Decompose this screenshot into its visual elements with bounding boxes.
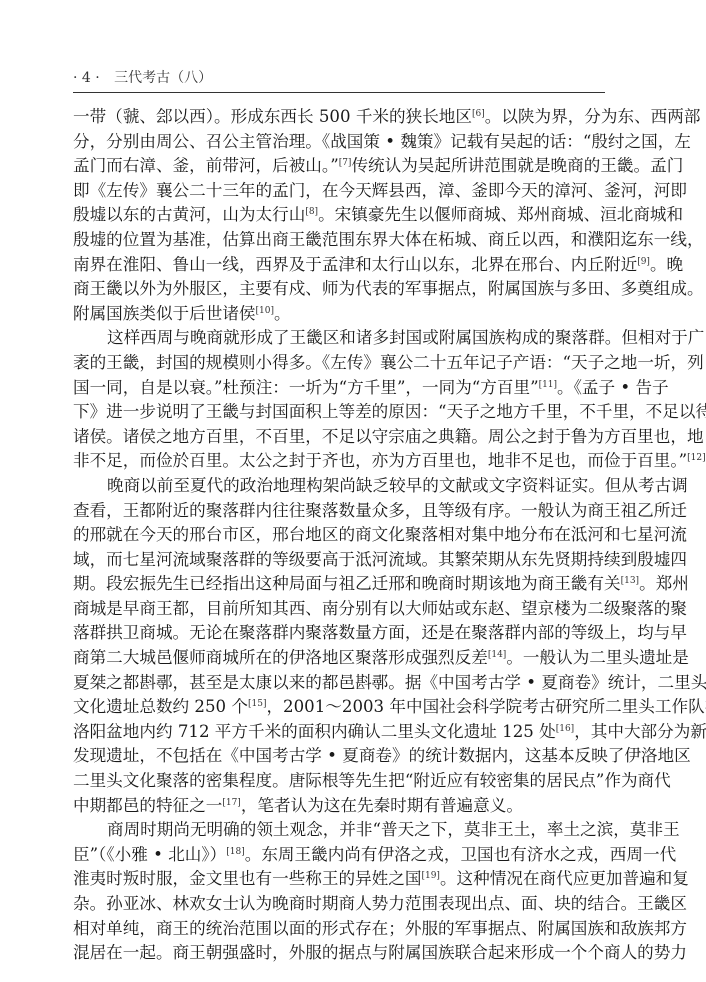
text-line: 孟门而右漳、釜，前带河，后被山。”[7]传统认为吴起所讲范围就是晚商的王畿。孟门 <box>73 154 605 179</box>
line-text-after-ref: 。这种情况在商代应更加普遍和复 <box>440 869 689 888</box>
line-text: 一带（虢、郐以西）。形成东西长 500 千米的狭长地区 <box>73 107 472 126</box>
text-line: 国一同，自是以衰。”杜预注：一圻为“方千里”，一同为“方百里”[11]。《孟子 … <box>73 376 605 401</box>
text-line: 晚商以前至夏代的政治地理构架尚缺乏较早的文献或文字资料证实。但从考古调 <box>73 474 605 499</box>
text-line: 即《左传》襄公二十三年的孟门，在今天辉县西，漳、釜即今天的漳河、釜河，河即 <box>73 179 605 204</box>
text-line: 淮夷时叛时服，金文里也有一些称王的异姓之国[19]。这种情况在商代应更加普遍和复 <box>73 867 605 892</box>
line-text: 商周时期尚无明确的领土观念，并非“普天之下，莫非王土，率土之滨，莫非王 <box>107 820 680 839</box>
line-text-after-ref: ，其中大部分为新 <box>574 722 706 741</box>
citation-ref: [12] <box>687 453 705 463</box>
citation-ref: [18] <box>226 847 244 857</box>
citation-ref: [6] <box>472 109 485 119</box>
line-text: 孟门而右漳、釜，前带河，后被山。” <box>73 156 339 175</box>
text-line: 一带（虢、郐以西）。形成东西长 500 千米的狭长地区[6]。以陕为界，分为东、… <box>73 105 605 130</box>
line-text: 域，而七星河流域聚落群的等级要高于泜河流域。其繁荣期从东先贤期持续到殷墟四 <box>73 550 687 569</box>
text-line: 夏桀之都斟鄩，甚至是太康以来的都邑斟鄩。据《中国考古学 • 夏商卷》统计，二里头 <box>73 671 605 696</box>
citation-ref: [13] <box>621 576 639 586</box>
text-line: 域，而七星河流域聚落群的等级要高于泜河流域。其繁荣期从东先贤期持续到殷墟四 <box>73 548 605 573</box>
text-line: 商城是早商王都，目前所知其西、南分别有以大师姑或东赵、望京楼为二级聚落的聚 <box>73 597 605 622</box>
line-text-after-ref: 。宋镇豪先生以偃师商城、郑州商城、洹北商城和 <box>318 205 683 224</box>
paragraph-p1: 一带（虢、郐以西）。形成东西长 500 千米的狭长地区[6]。以陕为界，分为东、… <box>73 105 605 326</box>
text-line: 商周时期尚无明确的领土观念，并非“普天之下，莫非王土，率土之滨，莫非王 <box>73 818 605 843</box>
line-text-after-ref: ，2001～2003 年中国社会科学院考古研究所二里头工作队在 <box>266 697 706 716</box>
text-line: 非不足，而俭於百里。太公之封于齐也，亦为方百里也，地非不足也，而俭于百里。”[1… <box>73 449 605 474</box>
page-number: · 4 · <box>73 70 100 86</box>
line-text-after-ref: 。郑州 <box>639 574 689 593</box>
text-line: 诸侯。诸侯之地方百里，不百里，不足以守宗庙之典籍。周公之封于鲁为方百里也，地 <box>73 425 605 450</box>
line-text: 诸侯。诸侯之地方百里，不百里，不足以守宗庙之典籍。周公之封于鲁为方百里也，地 <box>73 427 704 446</box>
line-text: 商王畿以外为外服区，主要有戍、师为代表的军事据点，附属国族与多田、多奠组成。 <box>73 279 704 298</box>
text-line: 发现遗址，不包括在《中国考古学 • 夏商卷》的统计数据内，这基本反映了伊洛地区 <box>73 744 605 769</box>
book-title: 三代考古（八） <box>114 70 212 86</box>
text-line: 商王畿以外为外服区，主要有戍、师为代表的军事据点，附属国族与多田、多奠组成。 <box>73 277 605 302</box>
line-text: 期。段宏振先生已经指出这种局面与祖乙迁邢和晚商时期该地为商王畿有关 <box>73 574 621 593</box>
text-line: 期。段宏振先生已经指出这种局面与祖乙迁邢和晚商时期该地为商王畿有关[13]。郑州 <box>73 572 605 597</box>
line-text: 文化遗址总数约 250 个 <box>73 697 248 716</box>
text-line: 臣”（《小雅 • 北山》）[18]。东周王畿内尚有伊洛之戎，卫国也有济水之戎，西… <box>73 843 605 868</box>
citation-ref: [16] <box>556 724 574 734</box>
line-text: 杂。孙亚冰、林欢女士认为晚商时期商人势力范围表现出点、面、块的结合。王畿区 <box>73 894 687 913</box>
text-line: 殷墟以东的古黄河，山为太行山[8]。宋镇豪先生以偃师商城、郑州商城、洹北商城和 <box>73 203 605 228</box>
text-line: 杂。孙亚冰、林欢女士认为晚商时期商人势力范围表现出点、面、块的结合。王畿区 <box>73 892 605 917</box>
line-text: 落群拱卫商城。无论在聚落群内聚落数量方面，还是在聚落群内部的等级上，均与早 <box>73 623 687 642</box>
line-text: 附属国族类似于后世诸侯 <box>73 304 256 323</box>
citation-ref: [8] <box>305 207 318 217</box>
line-text-after-ref: 。 <box>274 304 291 323</box>
text-line: 文化遗址总数约 250 个[15]，2001～2003 年中国社会科学院考古研究… <box>73 695 605 720</box>
line-text: 袤的王畿，封国的规模则小得多。《左传》襄公二十五年记子产语：“天子之地一圻，列 <box>73 353 704 372</box>
line-text: 查看，王都附近的聚落群内往往聚落数量众多，且等级有序。一般认为商王祖乙所迁 <box>73 501 687 520</box>
line-text-after-ref: 。以陕为界，分为东、西两部 <box>485 107 701 126</box>
text-line: 下》进一步说明了王畿与封国面积上等差的原因：“天子之地方千里，不千里，不足以待 <box>73 400 605 425</box>
line-text: 臣”（《小雅 • 北山》） <box>73 845 226 864</box>
line-text: 下》进一步说明了王畿与封国面积上等差的原因：“天子之地方千里，不千里，不足以待 <box>73 402 706 421</box>
text-line: 中期都邑的特征之一[17]，笔者认为这在先秦时期有普遍意义。 <box>73 794 605 819</box>
header-rule <box>73 92 605 93</box>
line-text-after-ref: ，笔者认为这在先秦时期有普遍意义。 <box>241 796 523 815</box>
text-line: 查看，王都附近的聚落群内往往聚落数量众多，且等级有序。一般认为商王祖乙所迁 <box>73 499 605 524</box>
line-text: 殷墟以东的古黄河，山为太行山 <box>73 205 305 224</box>
line-text: 淮夷时叛时服，金文里也有一些称王的异姓之国 <box>73 869 421 888</box>
citation-ref: [7] <box>339 158 352 168</box>
citation-ref: [14] <box>488 650 506 660</box>
text-line: 混居在一起。商王朝强盛时，外服的据点与附属国族联合起来形成一个个商人的势力 <box>73 941 605 966</box>
citation-ref: [11] <box>539 380 557 390</box>
body-text: 一带（虢、郐以西）。形成东西长 500 千米的狭长地区[6]。以陕为界，分为东、… <box>73 105 605 966</box>
line-text: 殷墟的位置为基准，估算出商王畿范围东界大体在柘城、商丘以西，和濮阳迄东一线， <box>73 230 704 249</box>
line-text: 即《左传》襄公二十三年的孟门，在今天辉县西，漳、釜即今天的漳河、釜河，河即 <box>73 181 687 200</box>
text-line: 的邢就在今天的邢台市区，邢台地区的商文化聚落相对集中地分布在泜河和七星河流 <box>73 523 605 548</box>
line-text: 分，分别由周公、召公主管治理。《战国策 • 魏策》记载有吴起的话：“殷纣之国，左 <box>73 132 691 151</box>
line-text-after-ref: 传统认为吴起所讲范围就是晚商的王畿。孟门 <box>351 156 683 175</box>
line-text-after-ref: 。东周王畿内尚有伊洛之戎，卫国也有济水之戎，西周一代 <box>245 845 676 864</box>
line-text-after-ref: 。晚 <box>650 255 683 274</box>
citation-ref: [19] <box>421 871 439 881</box>
line-text-after-ref: 。《孟子 • 告子 <box>557 378 669 397</box>
line-text: 国一同，自是以衰。”杜预注：一圻为“方千里”，一同为“方百里” <box>73 378 539 397</box>
line-text: 混居在一起。商王朝强盛时，外服的据点与附属国族联合起来形成一个个商人的势力 <box>73 943 687 962</box>
text-line: 附属国族类似于后世诸侯[10]。 <box>73 302 605 327</box>
paragraph-p4: 商周时期尚无明确的领土观念，并非“普天之下，莫非王土，率土之滨，莫非王臣”（《小… <box>73 818 605 966</box>
line-text: 非不足，而俭於百里。太公之封于齐也，亦为方百里也，地非不足也，而俭于百里。” <box>73 451 687 470</box>
text-line: 商第二大城邑偃师商城所在的伊洛地区聚落形成强烈反差[14]。一般认为二里头遗址是 <box>73 646 605 671</box>
line-text: 南界在淮阳、鲁山一线，西界及于孟津和太行山以东，北界在邢台、内丘附近 <box>73 255 637 274</box>
text-line: 这样西周与晚商就形成了王畿区和诸多封国或附属国族构成的聚落群。但相对于广 <box>73 326 605 351</box>
paragraph-p2: 这样西周与晚商就形成了王畿区和诸多封国或附属国族构成的聚落群。但相对于广袤的王畿… <box>73 326 605 474</box>
text-line: 二里头文化聚落的密集程度。唐际根等先生把“附近应有较密集的居民点”作为商代 <box>73 769 605 794</box>
line-text: 二里头文化聚落的密集程度。唐际根等先生把“附近应有较密集的居民点”作为商代 <box>73 771 671 790</box>
line-text: 发现遗址，不包括在《中国考古学 • 夏商卷》的统计数据内，这基本反映了伊洛地区 <box>73 746 691 765</box>
line-text: 洛阳盆地内约 712 平方千米的面积内确认二里头文化遗址 125 处 <box>73 722 556 741</box>
citation-ref: [10] <box>256 306 274 316</box>
line-text: 商城是早商王都，目前所知其西、南分别有以大师姑或东赵、望京楼为二级聚落的聚 <box>73 599 687 618</box>
text-line: 相对单纯，商王的统治范围以面的形式存在；外服的军事据点、附属国族和敌族邦方 <box>73 917 605 942</box>
paragraph-p3: 晚商以前至夏代的政治地理构架尚缺乏较早的文献或文字资料证实。但从考古调查看，王都… <box>73 474 605 818</box>
text-line: 分，分别由周公、召公主管治理。《战国策 • 魏策》记载有吴起的话：“殷纣之国，左 <box>73 130 605 155</box>
text-line: 洛阳盆地内约 712 平方千米的面积内确认二里头文化遗址 125 处[16]，其… <box>73 720 605 745</box>
line-text: 相对单纯，商王的统治范围以面的形式存在；外服的军事据点、附属国族和敌族邦方 <box>73 919 687 938</box>
citation-ref: [15] <box>248 699 266 709</box>
text-line: 袤的王畿，封国的规模则小得多。《左传》襄公二十五年记子产语：“天子之地一圻，列 <box>73 351 605 376</box>
line-text: 中期都邑的特征之一 <box>73 796 222 815</box>
line-text: 这样西周与晚商就形成了王畿区和诸多封国或附属国族构成的聚落群。但相对于广 <box>107 328 704 347</box>
citation-ref: [9] <box>637 257 650 267</box>
text-line: 南界在淮阳、鲁山一线，西界及于孟津和太行山以东，北界在邢台、内丘附近[9]。晚 <box>73 253 605 278</box>
line-text: 晚商以前至夏代的政治地理构架尚缺乏较早的文献或文字资料证实。但从考古调 <box>107 476 688 495</box>
line-text: 的邢就在今天的邢台市区，邢台地区的商文化聚落相对集中地分布在泜河和七星河流 <box>73 525 687 544</box>
text-line: 落群拱卫商城。无论在聚落群内聚落数量方面，还是在聚落群内部的等级上，均与早 <box>73 621 605 646</box>
running-header: · 4 · 三代考古（八） <box>73 68 605 90</box>
citation-ref: [17] <box>222 798 240 808</box>
line-text: 商第二大城邑偃师商城所在的伊洛地区聚落形成强烈反差 <box>73 648 488 667</box>
text-line: 殷墟的位置为基准，估算出商王畿范围东界大体在柘城、商丘以西，和濮阳迄东一线， <box>73 228 605 253</box>
line-text: 夏桀之都斟鄩，甚至是太康以来的都邑斟鄩。据《中国考古学 • 夏商卷》统计，二里头 <box>73 673 706 692</box>
line-text-after-ref: 。一般认为二里头遗址是 <box>506 648 689 667</box>
